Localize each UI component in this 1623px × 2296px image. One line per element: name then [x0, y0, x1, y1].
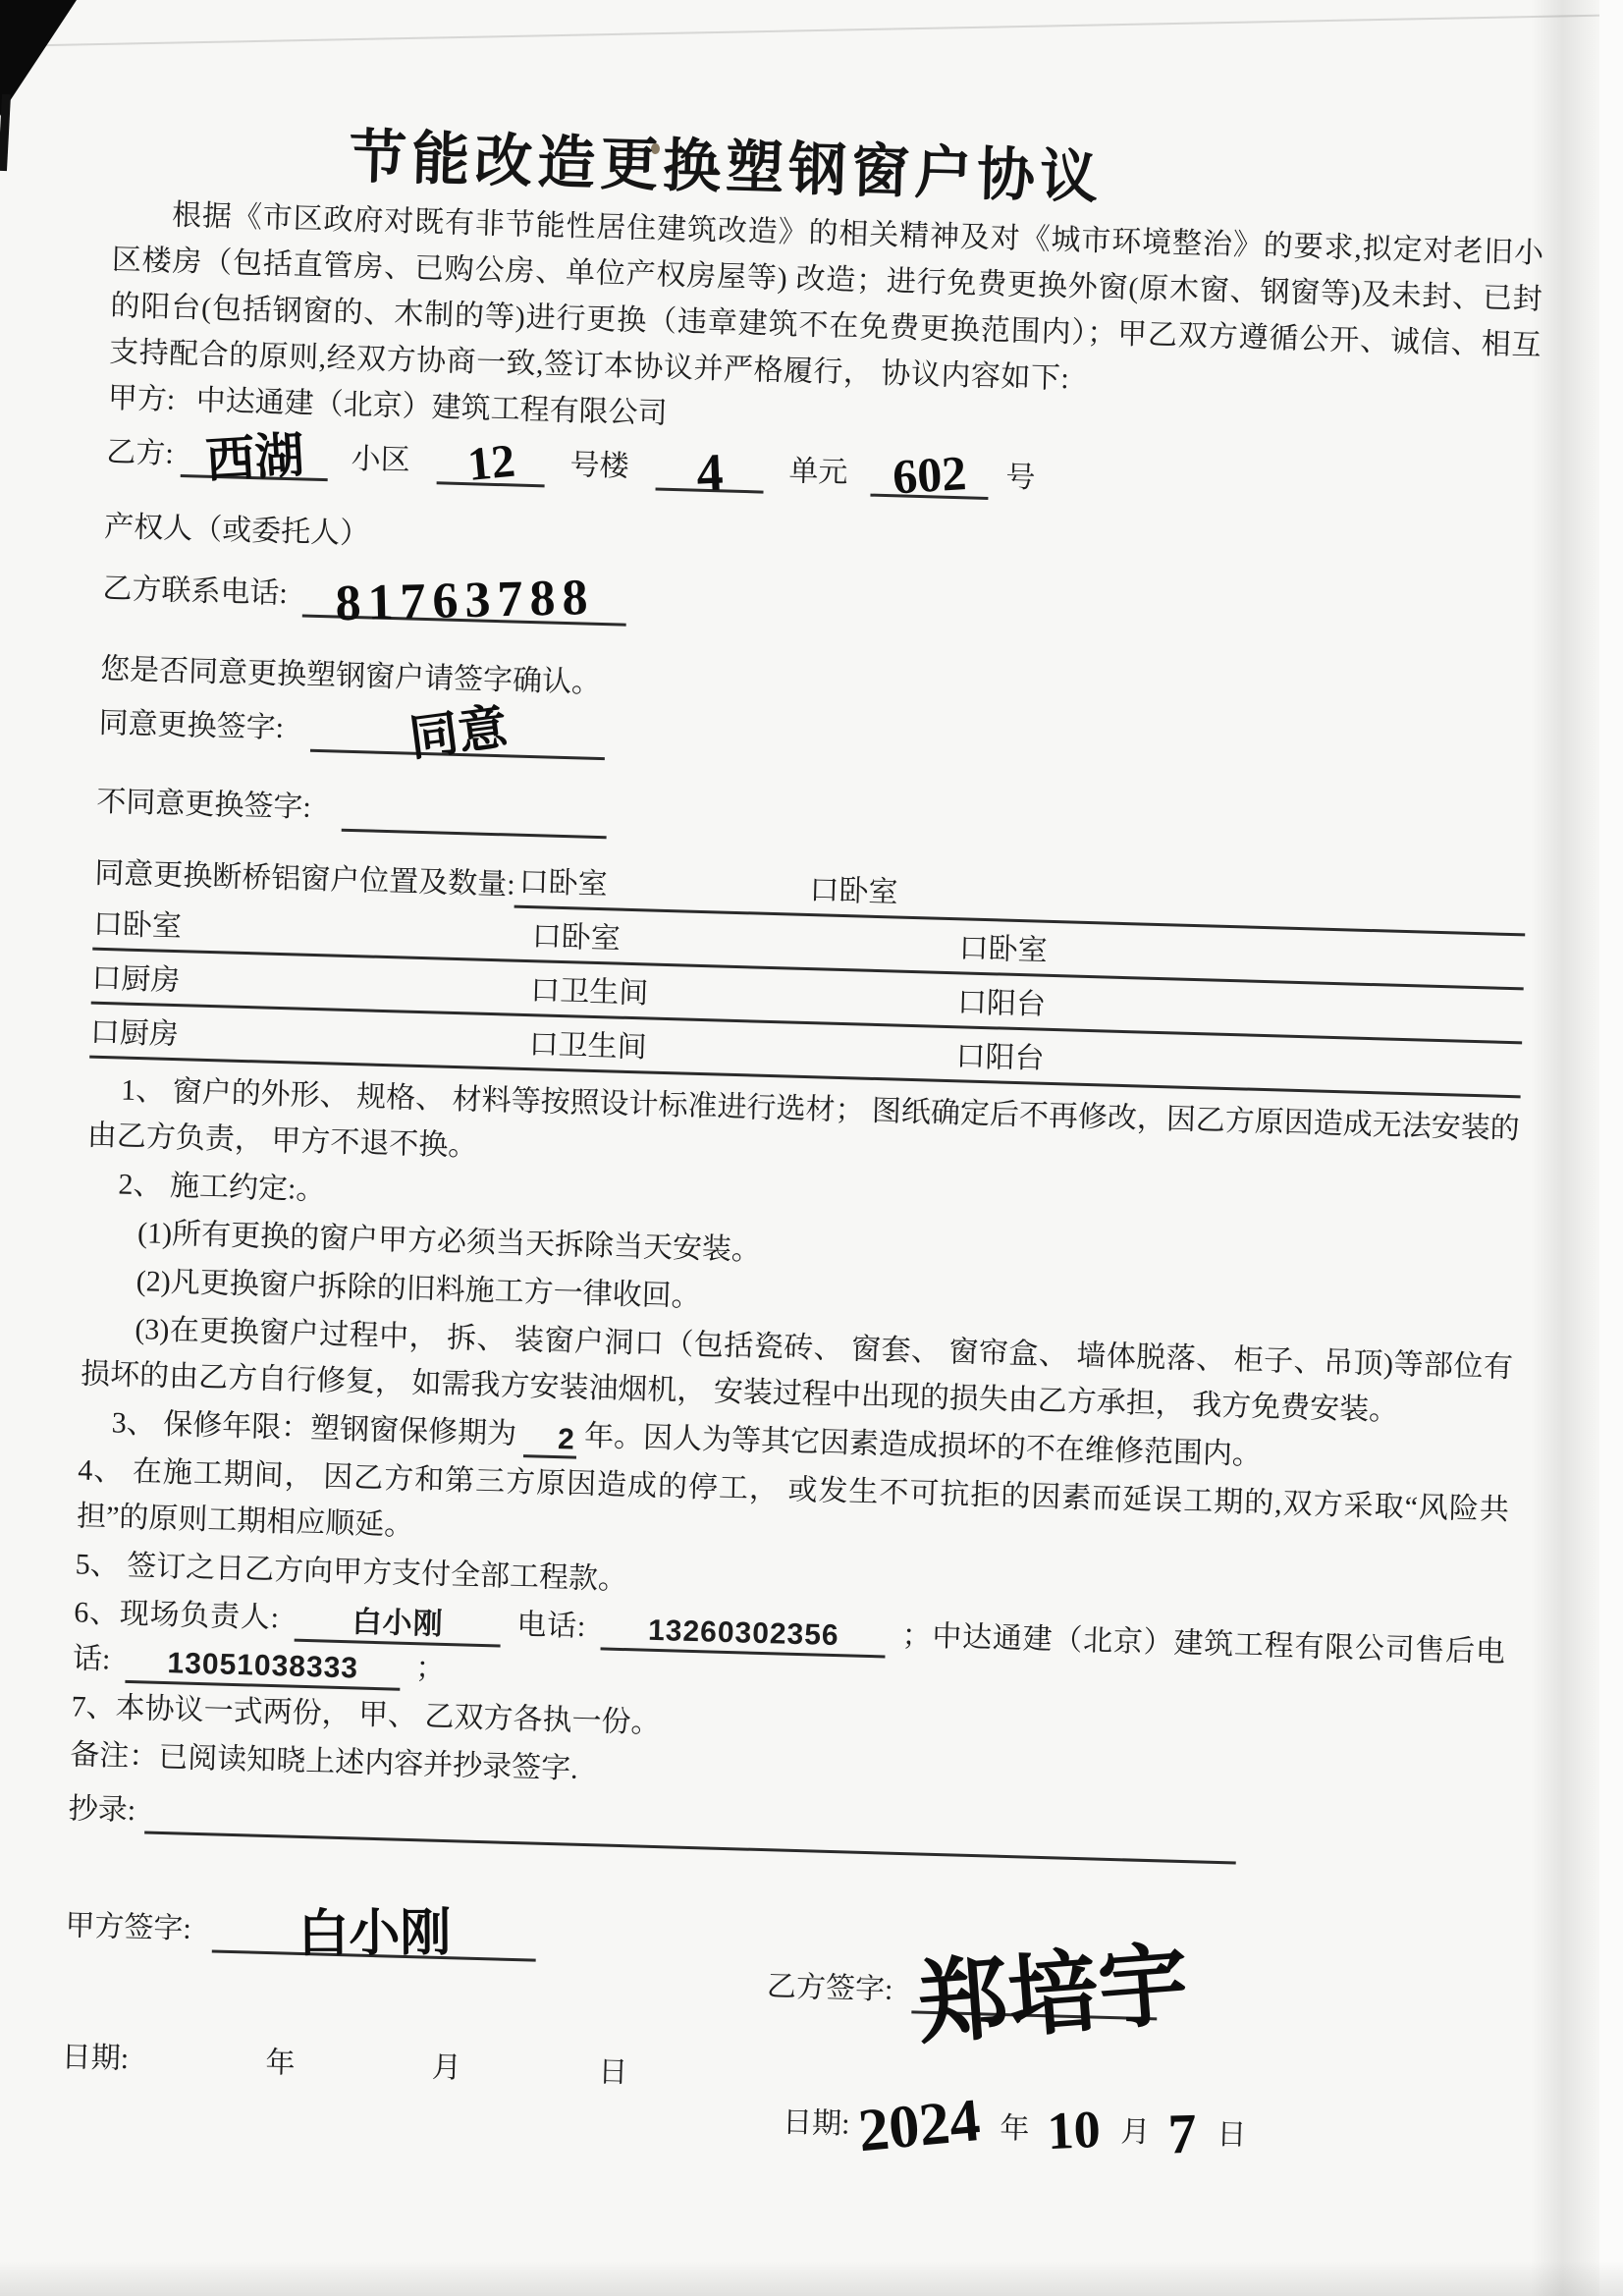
building-no-field: 12 — [436, 436, 545, 487]
phone-label: 乙方联系电话: — [102, 573, 288, 610]
party-a-signature-row: 甲方签字: 白小刚 — [65, 1900, 537, 1961]
clause-3-pre: 3、 保修年限：塑钢窗保修期为 — [111, 1406, 516, 1450]
party-b-date-row: 日期: 2024 年 10 月 7 日 — [783, 2090, 1258, 2159]
phone-field: 81763788 — [302, 570, 627, 627]
scan-right-margin — [1599, 0, 1623, 2296]
signature-block: 甲方签字: 白小刚 日期: 年 月 日 乙方签字: 郑培宇 日期: 2024 年… — [58, 1877, 1498, 2241]
year-handwriting: 2024 — [856, 2098, 982, 2155]
room-no-field: 602 — [870, 449, 989, 500]
checkbox-kitchen: 口厨房 — [91, 956, 181, 1004]
site-manager-phone-field: 13260302356 — [601, 1606, 887, 1658]
building-suffix: 号楼 — [569, 449, 629, 483]
warranty-years-field: 2 — [523, 1415, 577, 1458]
party-a-signature-handwriting: 白小刚 — [298, 1911, 451, 1958]
party-b-signature-field: 郑培宇 — [911, 1965, 1158, 2020]
checkbox-bathroom: 口卫生间 — [528, 1021, 647, 1070]
party-a-value: 中达通建（北京）建筑工程有限公司 — [195, 384, 668, 429]
year-char: 年 — [265, 2040, 296, 2087]
scan-edge-smudge — [0, 94, 11, 171]
scan-black-corner — [0, 0, 77, 116]
checkbox-balcony: 口阳台 — [955, 1033, 1045, 1081]
paper-top-edge — [0, 14, 1623, 47]
checkbox-balcony: 口阳台 — [956, 979, 1046, 1027]
day-char: 日 — [598, 2050, 628, 2097]
party-b-date-label: 日期: — [783, 2106, 850, 2141]
party-b-label: 乙方: — [106, 436, 174, 470]
room-no-handwriting: 602 — [892, 450, 968, 500]
community-field: 西湖 — [181, 429, 329, 481]
party-b-signature-handwriting: 郑培宇 — [915, 1940, 1192, 2050]
agreement-document: 节能改造更换塑钢窗户协议 根据《市区政府对既有非节能性居住建筑改造》的相关精神及… — [58, 114, 1547, 2241]
party-a-signature-field: 白小刚 — [212, 1904, 537, 1961]
community-handwriting: 西湖 — [204, 432, 305, 484]
checkbox-kitchen: 口厨房 — [89, 1010, 179, 1058]
unit-no-handwriting: 4 — [696, 449, 725, 496]
room-suffix: 号 — [1005, 461, 1036, 494]
checkbox-bedroom: 口卧室 — [531, 913, 621, 961]
month-char: 月 — [431, 2045, 461, 2092]
month-handwriting: 10 — [1046, 2106, 1101, 2155]
copy-label: 抄录: — [68, 1785, 136, 1833]
day-char: 日 — [1217, 2111, 1247, 2159]
checkbox-bathroom: 口卫生间 — [530, 967, 649, 1016]
phone-handwriting: 81763788 — [335, 574, 595, 627]
agree-label: 同意更换签字: — [98, 707, 284, 744]
community-suffix: 小区 — [351, 443, 410, 477]
party-b-signature-row: 乙方签字: 郑培宇 — [766, 1961, 1158, 2020]
checkbox-bedroom: 口卧室 — [809, 867, 898, 915]
unit-suffix: 单元 — [788, 455, 848, 489]
party-a-date-label: 日期: — [61, 2041, 129, 2075]
building-no-handwriting: 12 — [465, 438, 516, 488]
checkbox-bedroom: 口卧室 — [518, 859, 608, 907]
party-b-signature-label: 乙方签字: — [767, 1970, 893, 2006]
party-a-signature-label: 甲方签字: — [65, 1909, 191, 1945]
checkbox-bedroom: 口卧室 — [958, 925, 1048, 973]
unit-no-field: 4 — [655, 443, 764, 494]
party-a-label: 甲方: — [107, 382, 175, 416]
day-handwriting: 7 — [1167, 2110, 1197, 2158]
disagree-label: 不同意更换签字: — [96, 786, 311, 824]
site-manager-field: 白小刚 — [295, 1598, 502, 1648]
year-char: 年 — [1000, 2105, 1030, 2153]
agree-sign-field: 同意 — [310, 704, 606, 760]
paper-bottom-shadow — [0, 2261, 1623, 2296]
party-a-date-row: 日期: 年 月 日 — [61, 2034, 628, 2096]
site-manager-phone-label: 电话: — [516, 1609, 586, 1643]
agree-handwriting: 同意 — [406, 704, 510, 762]
checkbox-bedroom: 口卧室 — [92, 902, 182, 950]
disagree-sign-field — [342, 784, 608, 840]
month-char: 月 — [1120, 2108, 1151, 2156]
clause-6-end: ； — [415, 1652, 446, 1685]
aftersales-phone-field: 13051038333 — [125, 1639, 401, 1691]
site-manager-label: 6、现场负责人: — [74, 1596, 279, 1634]
